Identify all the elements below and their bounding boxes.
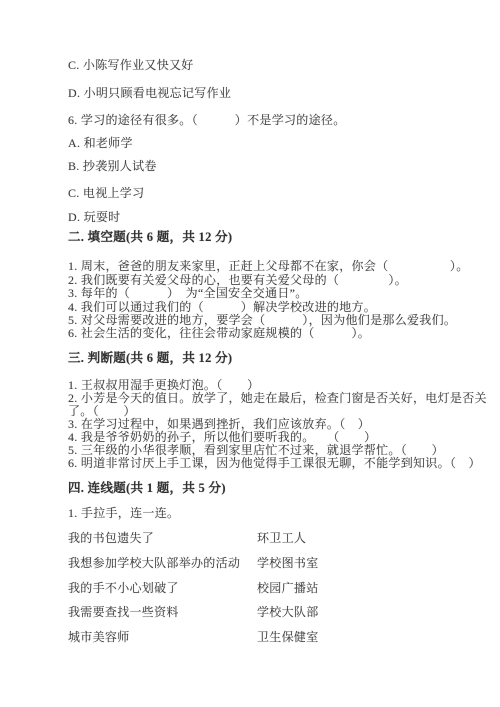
match-right-5: 卫生保健室 (257, 630, 319, 644)
judge-question-1: 1. 王叔叔用湿手更换灯泡。（ ） (68, 378, 259, 392)
fill-question-2: 2. 我们既要有关爱父母的心，也要有关爱父母的（ ）。 (68, 273, 407, 287)
choice-q6-option-b: B. 抄袭别人试卷 (68, 159, 157, 173)
choice-q5-option-c: C. 小陈写作业又快又好 (68, 58, 194, 72)
choice-q6-text: 6. 学习的途径有很多。（ ）不是学习的途径。 (68, 113, 346, 127)
choice-q5-option-d: D. 小明只顾看电视忘记写作业 (68, 86, 231, 100)
judge-question-4: 4. 我是爷爷奶奶的孙子，所以他们要听我的。 （ ） (68, 430, 376, 444)
match-left-4: 我需要查找一些资料 (68, 605, 179, 619)
judge-question-2-line-2: 了。（ ） (68, 404, 136, 418)
match-right-3: 校园广播站 (257, 581, 319, 595)
fill-question-3: 3. 每年的（ ） 为“全国安全交通日”。 (68, 286, 308, 300)
match-left-2: 我想参加学校大队部举办的活动 (68, 556, 240, 570)
match-right-4: 学校大队部 (257, 605, 319, 619)
choice-q6-option-a: A. 和老师学 (68, 136, 133, 150)
fill-section-title: 二. 填空题(共 6 题，共 12 分) (68, 230, 232, 244)
match-q1-text: 1. 手拉手，连一连。 (68, 506, 179, 520)
exam-document-page: C. 小陈写作业又快又好 D. 小明只顾看电视忘记写作业 6. 学习的途径有很多… (0, 0, 500, 707)
match-left-1: 我的书包遗失了 (68, 531, 154, 545)
fill-question-4: 4. 我们可以通过我们的（ ）解决学校改进的地方。 (68, 300, 376, 314)
choice-q6-option-c: C. 电视上学习 (68, 186, 144, 200)
match-right-2: 学校图书室 (257, 556, 319, 570)
match-left-5: 城市美容师 (68, 630, 130, 644)
fill-question-6: 6. 社会生活的变化，往往会带动家庭规模的（ ）。 (68, 326, 370, 340)
judge-question-2-line-1: 2. 小芳是今天的值日。放学了，她走在最后，检查门窗是否关好，电灯是否关 (68, 391, 487, 405)
match-right-1: 环卫工人 (257, 531, 306, 545)
judge-question-3: 3. 在学习过程中，如果遇到挫折，我们应该放弃。（ ） (68, 417, 370, 431)
judge-question-6: 6. 明道非常讨厌上手工课，因为他觉得手工课很无聊，不能学到知识。（ ） (68, 456, 481, 470)
judge-section-title: 三. 判断题(共 6 题，共 12 分) (68, 351, 232, 365)
match-left-3: 我的手不小心划破了 (68, 581, 179, 595)
match-section-title: 四. 连线题(共 1 题，共 5 分) (68, 481, 226, 495)
fill-question-1: 1. 周末，爸爸的朋友来家里，正赶上父母都不在家，你会（ ）。 (68, 259, 469, 273)
choice-q6-option-d: D. 玩耍时 (68, 210, 120, 224)
judge-question-5: 5. 三年级的小华很孝顺，看到家里店忙不过来，就退学帮忙。（ ） (68, 443, 444, 457)
fill-question-5: 5. 对父母需要改进的地方，要学会（ ），因为他们是那么爱我们。 (68, 313, 456, 327)
